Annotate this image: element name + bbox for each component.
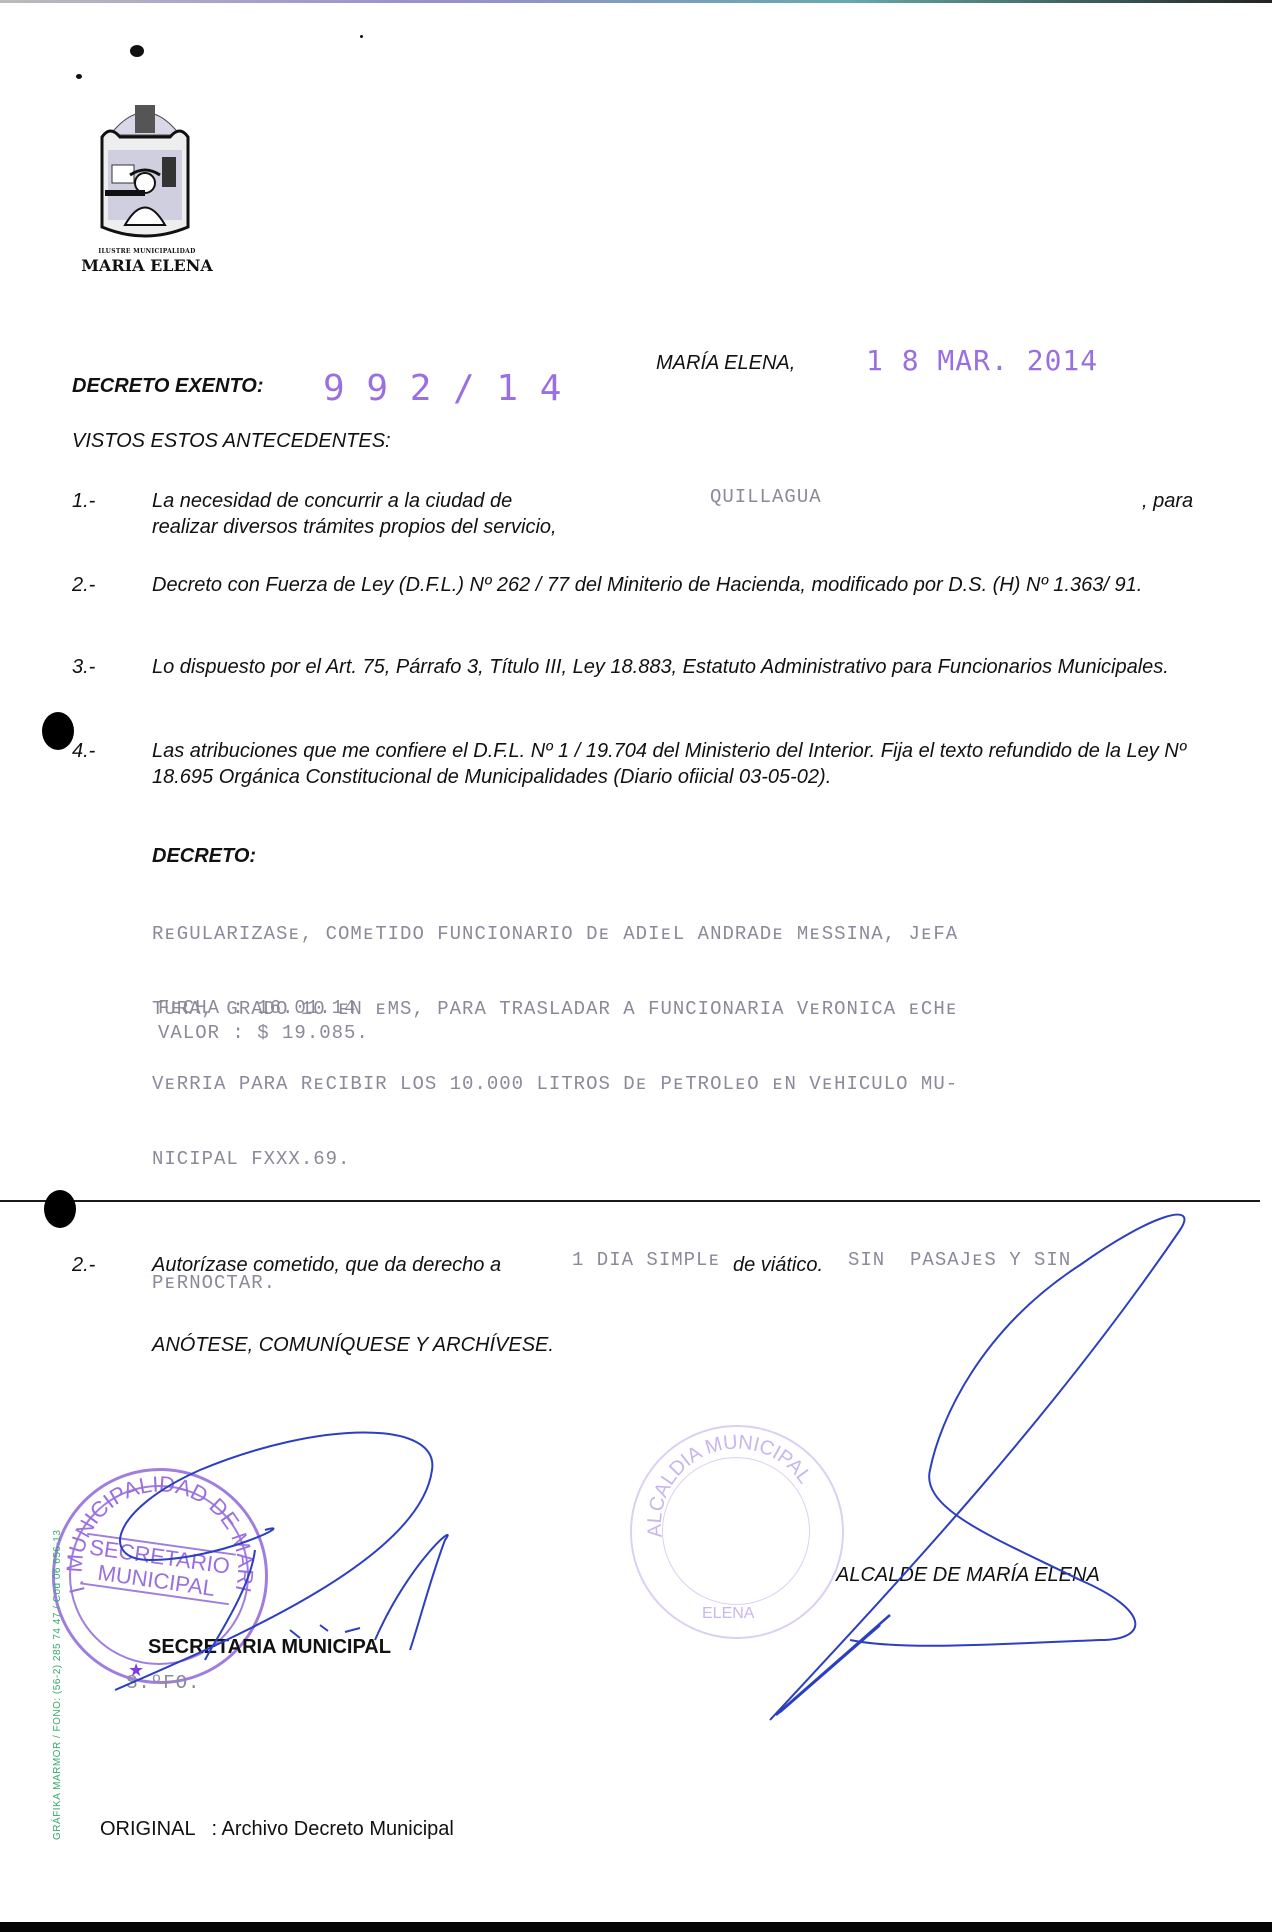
scan-bottom-edge — [0, 1922, 1272, 1932]
printer-imprint: GRÁFIKA MARMOR / FONO: (56-2) 285 74 47 … — [52, 1530, 63, 1840]
distribution-line: ORIGINAL : Archivo Decreto Municipal — [100, 1818, 454, 1841]
handwritten-signatures — [0, 0, 1272, 1932]
